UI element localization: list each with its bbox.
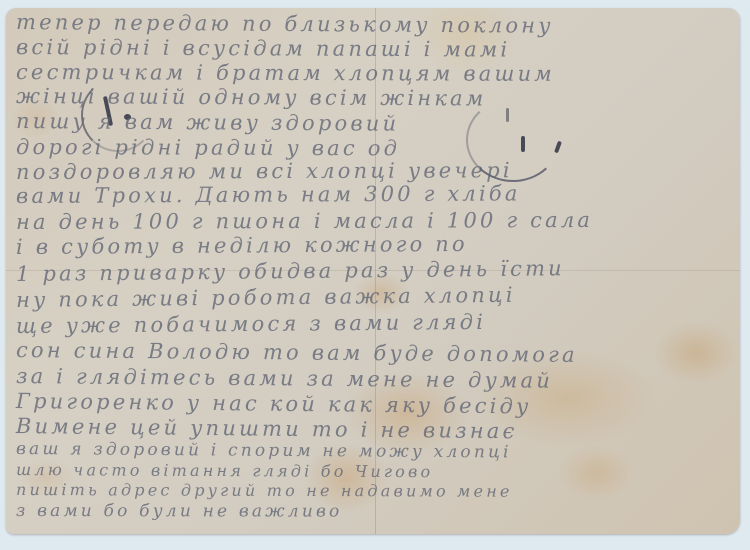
handwritten-line: за і глядітесь вами за мене не думай bbox=[16, 364, 553, 393]
postcard: тепер передаю по близькому поклону всій … bbox=[6, 8, 740, 534]
handwritten-line: пишіть адрес другий то не надавимо мене bbox=[16, 480, 513, 501]
stamp-ink-mark bbox=[506, 108, 509, 122]
handwritten-line: ваш я здоровий і спорим не можу хлопці bbox=[16, 439, 512, 462]
handwritten-line: вами Трохи. Дають нам 300 г хліба bbox=[16, 181, 521, 208]
handwritten-line: жінці вашій одному всім жінкам bbox=[16, 84, 487, 110]
handwritten-line: ну пока живі робота важка хлопці bbox=[16, 283, 516, 312]
handwritten-line: ще уже побачимося з вами гляді bbox=[16, 310, 486, 338]
handwritten-line: всій рідні і всусідам папаші і мамі bbox=[16, 35, 510, 62]
stamp-ink-mark bbox=[521, 136, 525, 152]
handwritten-line: сестричкам і братам хлопцям вашим bbox=[16, 60, 555, 86]
handwritten-line: поздоровляю ми всі хлопці увечері bbox=[16, 158, 513, 184]
handwritten-line: дорогі рідні радий у вас од bbox=[16, 135, 400, 160]
handwritten-line: на день 100 г пшона і масла і 100 г сала bbox=[16, 208, 593, 234]
handwritten-line: 1 раз приварку обидва раз у день їсти bbox=[16, 256, 565, 286]
handwritten-line: тепер передаю по близькому поклону bbox=[16, 10, 554, 38]
handwritten-line: шлю часто вітання гляді бо Чигово bbox=[16, 460, 433, 481]
handwritten-line: і в суботу в неділю кожного по bbox=[16, 232, 468, 259]
handwritten-line: пишу я вам живу здоровий bbox=[16, 109, 399, 136]
handwritten-line: сон сина Володю то вам буде допомога bbox=[16, 338, 578, 367]
handwritten-line: з вами бо були не важливо bbox=[16, 501, 343, 522]
